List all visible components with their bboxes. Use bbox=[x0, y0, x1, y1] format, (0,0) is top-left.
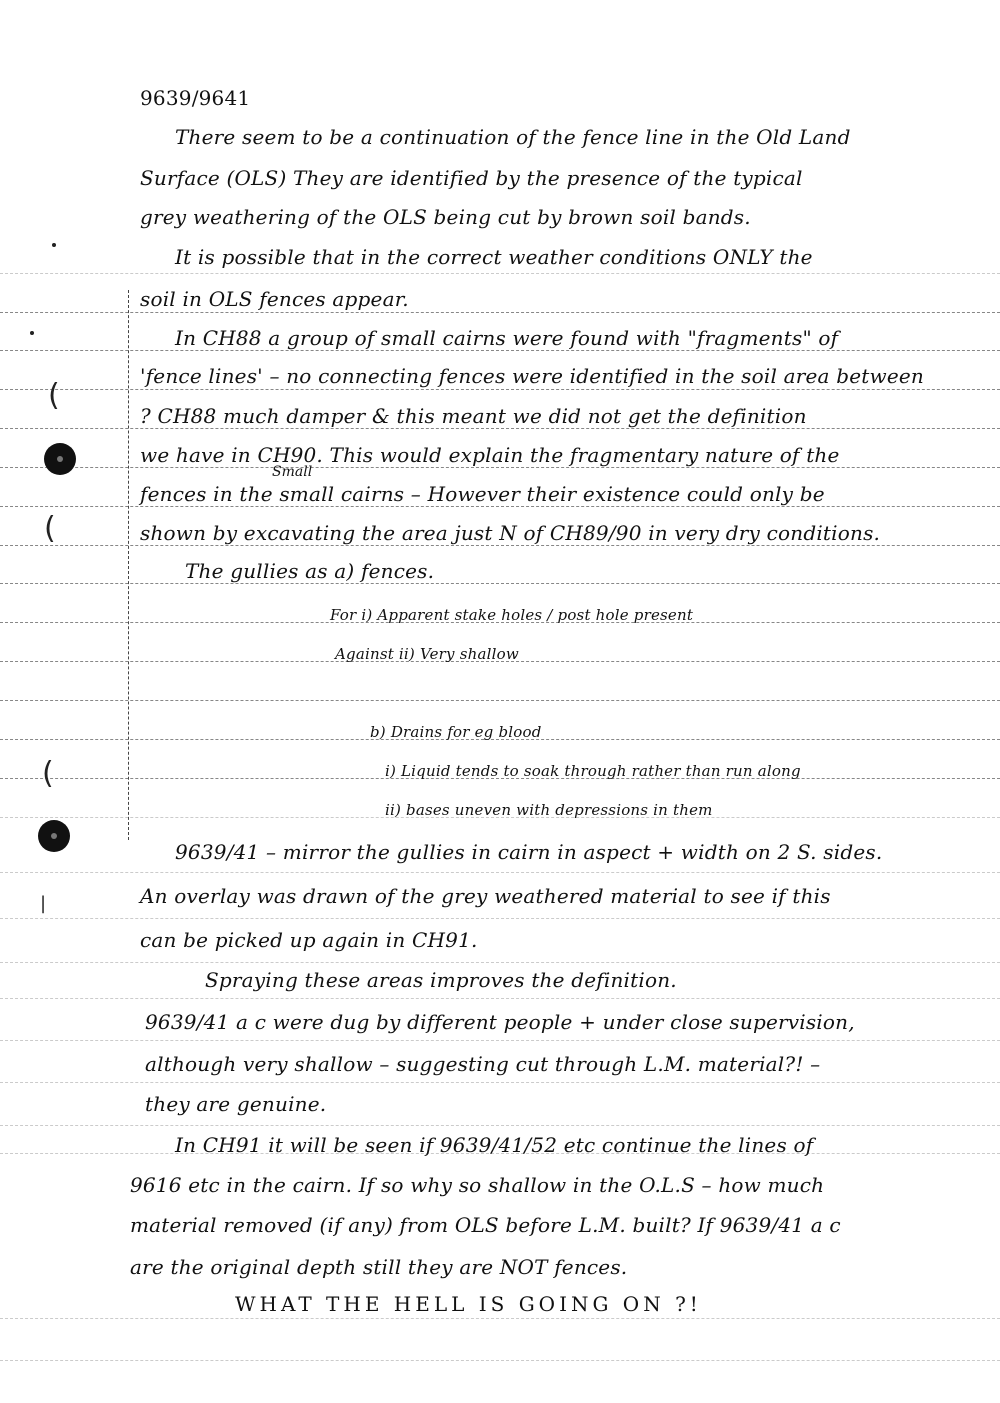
ruled-line bbox=[0, 700, 1000, 701]
punch-hole-icon bbox=[44, 443, 76, 475]
text-line: soil in OLS fences appear. bbox=[140, 287, 409, 311]
text-line: we have in CH90. This would explain the … bbox=[140, 443, 840, 467]
binder-ring-mark-icon: ( bbox=[48, 378, 60, 413]
punch-hole-icon bbox=[38, 820, 70, 852]
margin-line bbox=[128, 290, 129, 840]
ruled-line bbox=[0, 1360, 1000, 1361]
ruled-line bbox=[0, 1082, 1000, 1083]
margin-tick-icon: | bbox=[40, 893, 46, 914]
text-line: It is possible that in the correct weath… bbox=[175, 245, 813, 269]
ruled-line bbox=[0, 467, 1000, 468]
ruled-line bbox=[0, 545, 1000, 546]
text-line: can be picked up again in CH91. bbox=[140, 928, 478, 952]
notebook-page: ( ( ( | 9639/9641 There seem to be a con… bbox=[0, 0, 1000, 1403]
text-line: are the original depth still they are NO… bbox=[130, 1255, 627, 1279]
text-line: For i) Apparent stake holes / post hole … bbox=[330, 606, 693, 624]
text-line: grey weathering of the OLS being cut by … bbox=[140, 205, 751, 229]
text-line: In CH91 it will be seen if 9639/41/52 et… bbox=[175, 1133, 813, 1157]
text-line: 9639/41 a c were dug by different people… bbox=[145, 1010, 855, 1034]
text-line: although very shallow – suggesting cut t… bbox=[145, 1052, 820, 1076]
text-line: ? CH88 much damper & this meant we did n… bbox=[140, 404, 807, 428]
insertion-note: Small bbox=[272, 464, 312, 480]
text-line: Surface (OLS) They are identified by the… bbox=[140, 166, 803, 190]
page-heading: 9639/9641 bbox=[140, 86, 250, 110]
text-line: material removed (if any) from OLS befor… bbox=[130, 1213, 841, 1237]
text-line: fences in the small cairns – However the… bbox=[140, 482, 825, 506]
closing-exclamation: WHAT THE HELL IS GOING ON ?! bbox=[235, 1292, 702, 1316]
text-line: An overlay was drawn of the grey weather… bbox=[140, 884, 831, 908]
text-line: In CH88 a group of small cairns were fou… bbox=[175, 326, 838, 350]
ruled-line bbox=[0, 428, 1000, 429]
text-line: 'fence lines' – no connecting fences wer… bbox=[140, 364, 924, 388]
ruled-line bbox=[0, 350, 1000, 351]
binder-ring-mark-icon: ( bbox=[42, 756, 54, 791]
text-line: 9639/41 – mirror the gullies in cairn in… bbox=[175, 840, 882, 864]
ruled-line bbox=[0, 962, 1000, 963]
text-line: There seem to be a continuation of the f… bbox=[175, 125, 851, 149]
text-line: 9616 etc in the cairn. If so why so shal… bbox=[130, 1173, 824, 1197]
text-line: The gullies as a) fences. bbox=[185, 559, 434, 583]
text-line: b) Drains for eg blood bbox=[370, 723, 542, 741]
ruled-line bbox=[0, 389, 1000, 390]
text-line: shown by excavating the area just N of C… bbox=[140, 521, 880, 545]
ruled-line bbox=[0, 998, 1000, 999]
binder-ring-mark-icon: ( bbox=[44, 511, 56, 546]
margin-dot bbox=[52, 243, 56, 247]
ruled-line bbox=[0, 1318, 1000, 1319]
text-line: Spraying these areas improves the defini… bbox=[205, 968, 677, 992]
ruled-line bbox=[0, 918, 1000, 919]
text-line: they are genuine. bbox=[145, 1092, 326, 1116]
margin-dot bbox=[30, 331, 34, 335]
text-line: i) Liquid tends to soak through rather t… bbox=[385, 762, 801, 780]
ruled-line bbox=[0, 1040, 1000, 1041]
ruled-line bbox=[0, 312, 1000, 313]
ruled-line bbox=[0, 583, 1000, 584]
ruled-line bbox=[0, 506, 1000, 507]
ruled-line bbox=[0, 273, 1000, 274]
ruled-line bbox=[0, 1125, 1000, 1126]
text-line: Against ii) Very shallow bbox=[335, 645, 519, 663]
ruled-line bbox=[0, 872, 1000, 873]
text-line: ii) bases uneven with depressions in the… bbox=[385, 801, 713, 819]
